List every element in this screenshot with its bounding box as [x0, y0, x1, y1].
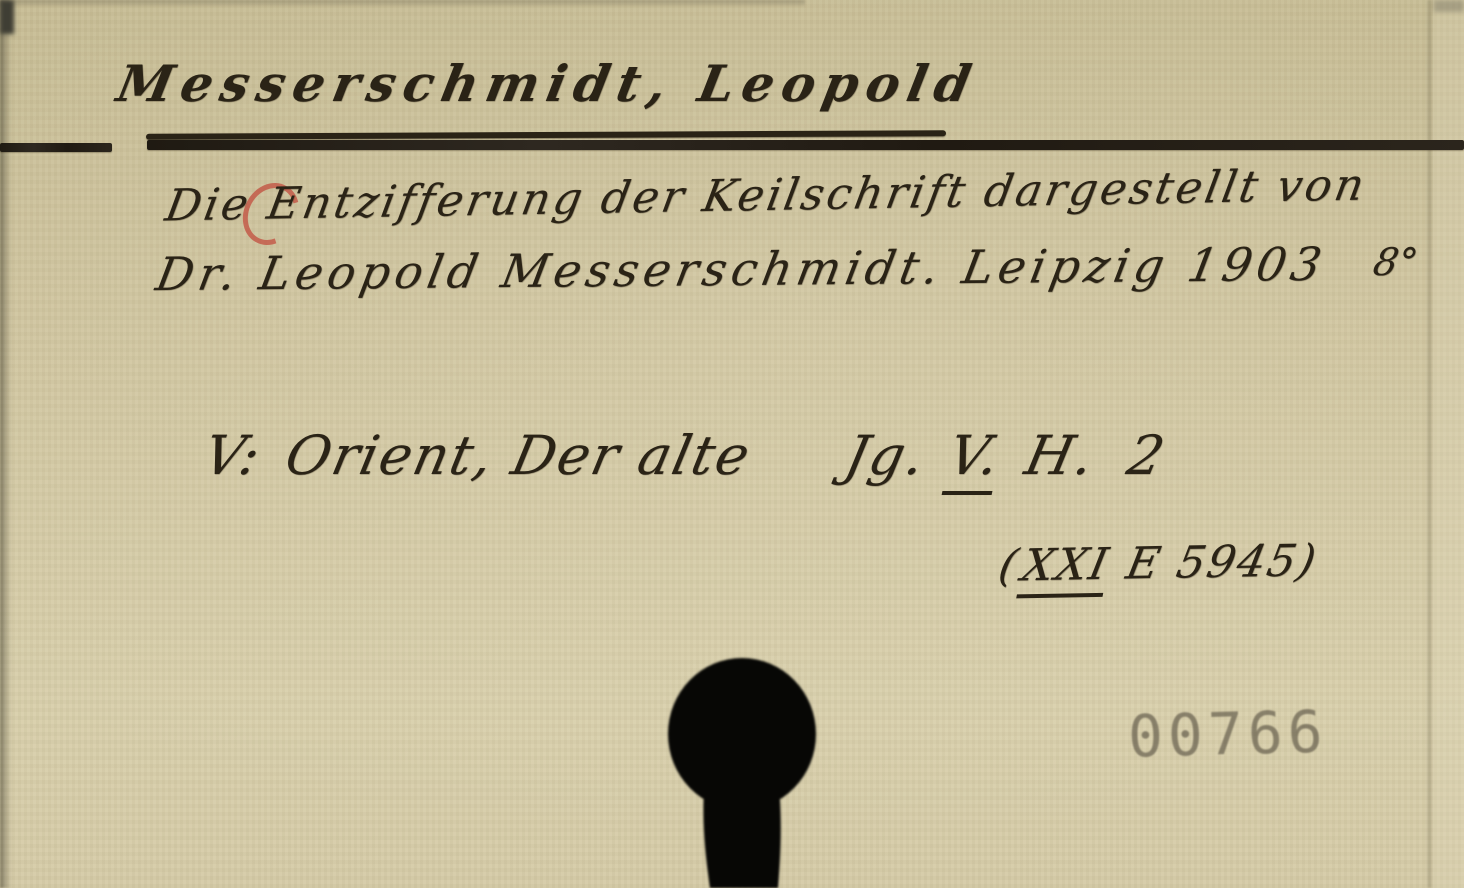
shelfmark: (XXIE 5945)	[994, 535, 1322, 592]
paper-edge-band	[1433, 0, 1464, 888]
printed-rule-left-segment	[0, 143, 112, 152]
paper-crease	[1426, 0, 1433, 888]
printed-rule-main-segment	[147, 140, 1464, 150]
volume-label: Jg.	[840, 424, 933, 487]
issue-number: 2	[1122, 424, 1172, 487]
journal-title: Orient, Der alte	[280, 424, 757, 487]
scan-edge-top	[0, 0, 805, 7]
shelfmark-series-roman: XXI	[1016, 539, 1114, 598]
catalog-card-scan: Messerschmidt, Leopold Die Entzifferung …	[0, 0, 1464, 888]
heading-handwritten-underline	[146, 130, 946, 139]
see-reference-label: V:	[198, 424, 267, 487]
issue-label: H.	[1020, 424, 1102, 487]
volume-numeral: V.	[941, 424, 1007, 495]
scan-corner-dark-patch	[0, 0, 14, 34]
shelfmark-number: E 5945)	[1122, 535, 1322, 589]
format-octavo-note: 8°	[1370, 240, 1422, 284]
punch-hole-icon	[660, 650, 830, 888]
cross-reference-line: V:Orient, Der alteJg.V.H.2	[198, 424, 1171, 487]
scan-edge-left	[0, 0, 12, 888]
title-line-1: Die Entzifferung der Keilschrift dargest…	[162, 160, 1371, 232]
card-heading-author: Messerschmidt, Leopold	[112, 54, 983, 113]
title-line-2: Dr. Leopold Messerschmidt. Leipzig 1903	[152, 237, 1331, 301]
accession-stamp-number: 00766	[1127, 697, 1328, 770]
